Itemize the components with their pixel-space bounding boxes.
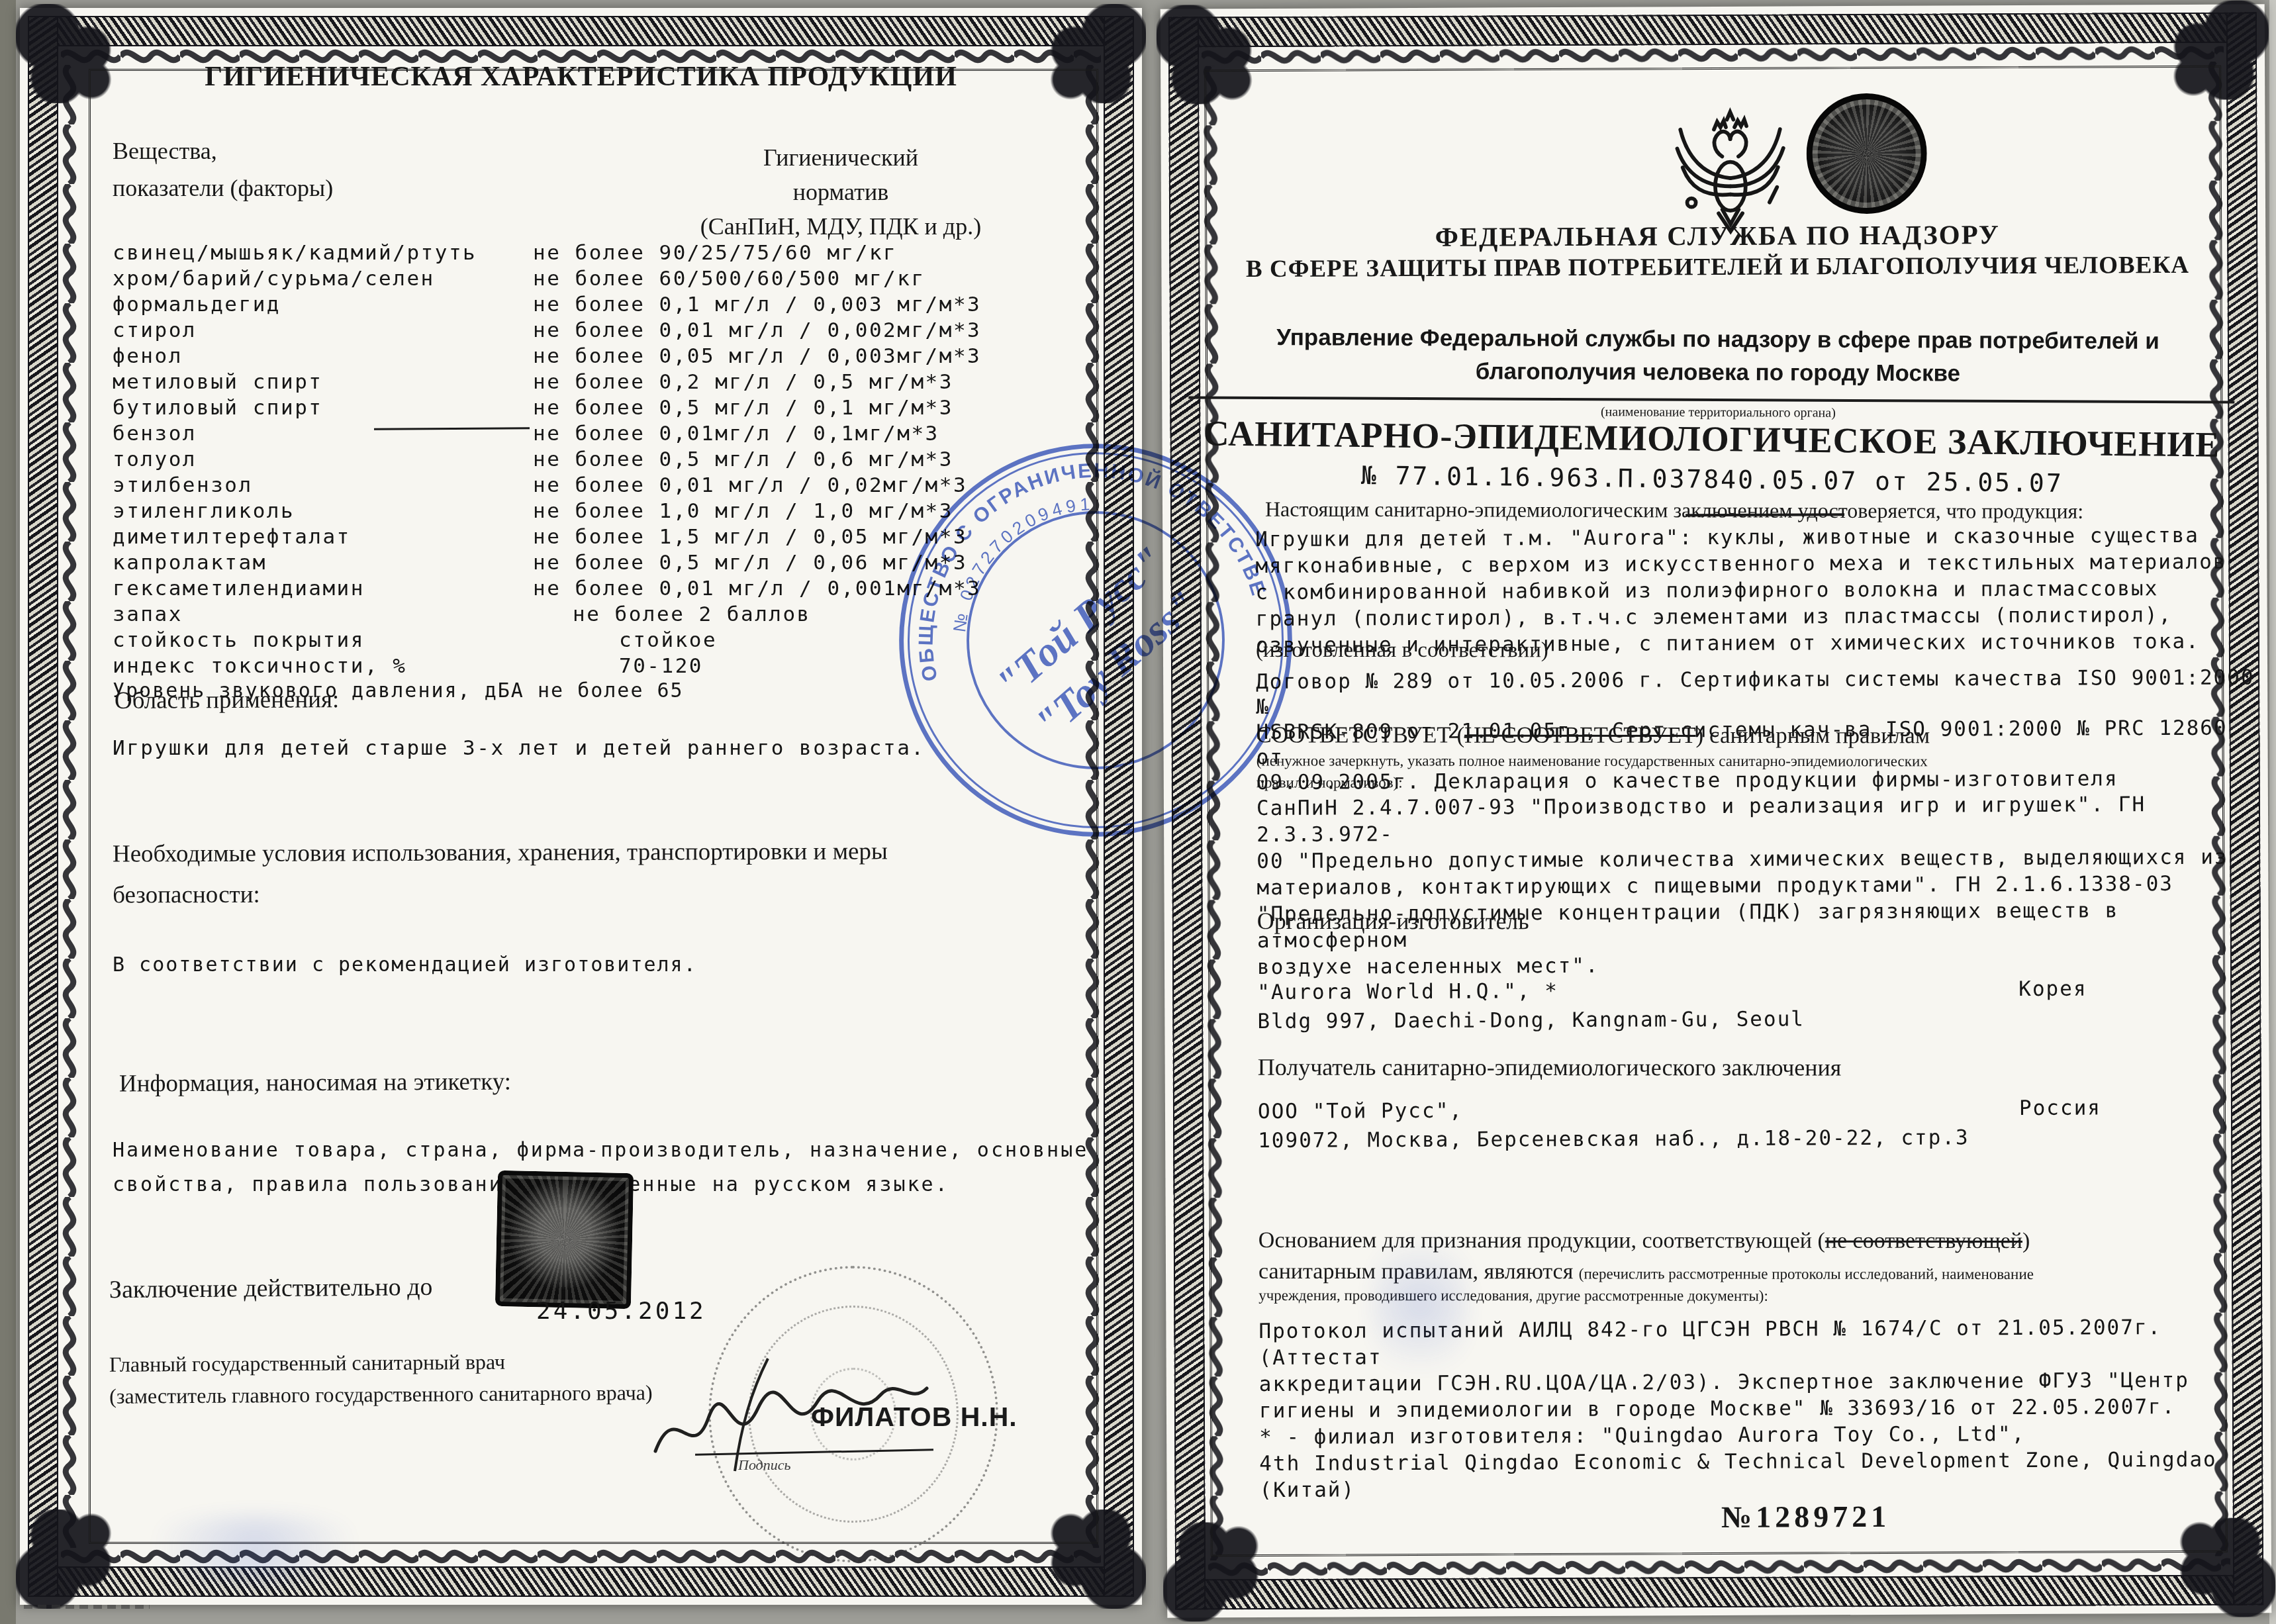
ink-residue (1370, 1218, 1470, 1390)
substance-norm: не более 0,1 мг/л / 0,003 мг/м*3 (533, 293, 981, 316)
corner-flourish (1157, 5, 1257, 105)
border-ornament-bottom (1175, 1574, 2263, 1609)
table-row: свинец/мышьяк/кадмий/ртутьне более 90/25… (20, 241, 1142, 267)
recipient-label: Получатель санитарно-эпидемиологического… (1258, 1053, 1842, 1082)
substance-name: диметилтерефталат (113, 525, 351, 549)
manufacturer-name: "Aurora World H.Q.", * (1257, 979, 1558, 1004)
regulations-text: СанПиН 2.4.7.007-93 "Производство и реал… (1257, 790, 2269, 980)
basis-caption-inline: (перечислить рассмотренные протоколы исс… (1579, 1265, 2034, 1282)
recipient-address: 109072, Москва, Берсеневская наб., д.18-… (1258, 1125, 1969, 1153)
substance-name: бутиловый спирт (113, 396, 322, 420)
table-row: бензолне более 0,01мг/л / 0,1мг/м*3 (20, 422, 1142, 448)
conditions-text: В соответствии с рекомендацией изготовит… (113, 953, 697, 977)
conforms-preprinted: СООТВЕТСТВУЕТ (НЕ СООТВЕТСТВУЕТ) санитар… (1256, 722, 1930, 749)
manufacturer-country: Корея (2018, 977, 2087, 1001)
application-text: Игрушки для детей старше 3-х лет и детей… (113, 736, 925, 760)
substance-norm: не более 60/500/60/500 мг/кг (533, 267, 925, 291)
signature-name: ФИЛАТОВ Н.Н. (811, 1402, 1018, 1433)
ink-square-stamp (495, 1170, 634, 1309)
basis-line1: Основанием для признания продукции, соот… (1258, 1228, 2030, 1254)
territorial-department: Управление Федеральной службы по надзору… (1202, 321, 2234, 392)
substance-name: свинец/мышьяк/кадмий/ртуть (113, 241, 477, 265)
scan-edge-shadow (0, 0, 16, 1624)
substance-name: бензол (113, 422, 197, 446)
substance-name: метиловый спирт (113, 370, 322, 394)
substance-norm: не более 0,01мг/л / 0,1мг/м*3 (533, 422, 939, 446)
border-ornament-top (1168, 12, 2257, 47)
document-title: САНИТАРНО-ЭПИДЕМИОЛОГИЧЕСКОЕ ЗАКЛЮЧЕНИЕ (1188, 412, 2235, 465)
document-number: № 77.01.16.963.П.037840.05.07 от 25.05.0… (1361, 461, 2063, 498)
substance-norm: не более 0,5 мг/л / 0,1 мг/м*3 (533, 396, 953, 420)
corner-flourish (2169, 0, 2269, 100)
substance-name: капролактам (113, 551, 267, 575)
substance-norm: не более 90/25/75/60 мг/кг (533, 241, 897, 265)
substance-name: хром/барий/сурьма/селен (113, 267, 435, 291)
table-row: формальдегидне более 0,1 мг/л / 0,003 мг… (20, 293, 1142, 319)
substance-name: запах (113, 602, 183, 626)
round-seal (1806, 93, 1927, 215)
scanned-certificate: { "colors":{"stamp_blue":"#3150c0","ink"… (0, 0, 2276, 1624)
substance-norm: не более 0,01 мг/л / 0,002мг/м*3 (533, 318, 981, 342)
manufacturer-label: Организация-изготовитель (1257, 907, 1529, 935)
wave-ribbon (1202, 44, 2224, 66)
substance-name: формальдегид (113, 293, 281, 316)
recipient-name: ООО "Той Русс", (1258, 1099, 1463, 1123)
corner-flourish (2176, 1517, 2276, 1617)
valid-until-date: 24.05.2012 (536, 1298, 706, 1325)
basis-struck: не соответствующей (1825, 1229, 2022, 1253)
service-name-line2: В СФЕРЕ ЗАЩИТЫ ПРАВ ПОТРЕБИТЕЛЕЙ И БЛАГО… (1181, 250, 2253, 283)
label-info-label: Информация, наносимая на этикетку: (119, 1067, 511, 1098)
service-name-line1: ФЕДЕРАЛЬНАЯ СЛУЖБА ПО НАДЗОРУ (1201, 218, 2234, 254)
valid-until-label: Заключение действительно до (109, 1272, 433, 1304)
table-row: бутиловый спиртне более 0,5 мг/л / 0,1 м… (20, 396, 1142, 422)
basis-caption-line2: учреждения, проводившего исследования, д… (1258, 1287, 1768, 1305)
table-row: хром/барий/сурьма/селенне более 60/500/6… (20, 267, 1142, 293)
substance-name: стирол (113, 318, 197, 342)
manufacturer-address: Bldg 997, Daechi-Dong, Kangnam-Gu, Seoul (1257, 1007, 1805, 1033)
substance-name: стойкость покрытия (113, 628, 365, 652)
table-row: фенолне более 0,05 мг/л / 0,003мг/м*3 (20, 344, 1142, 371)
substance-name: этиленгликоль (113, 499, 295, 523)
substance-name: толуол (113, 448, 197, 471)
substance-norm: не более 0,05 мг/л / 0,003мг/м*3 (533, 344, 981, 368)
ink-residue (113, 1516, 397, 1582)
substance-name: гексаметилендиамин (113, 577, 365, 600)
form-number: №1289721 (1591, 1498, 2021, 1535)
conforms-struck: НЕ СООТВЕТСТВУЕТ (1464, 722, 1696, 748)
substance-norm: 70-120 (619, 654, 703, 678)
substance-name: индекс токсичности, % (113, 654, 406, 678)
certify-intro: Настоящим санитарно-эпидемиологическим з… (1265, 497, 2083, 524)
substance-norm: не более 0,2 мг/л / 0,5 мг/м*3 (533, 370, 953, 394)
basis-pre: Основанием для признания продукции, соот… (1258, 1228, 1825, 1253)
signature-caption: Подпись (738, 1457, 791, 1474)
table-row: метиловый спиртне более 0,2 мг/л / 0,5 м… (20, 370, 1142, 397)
substance-name: этилбензол (113, 473, 253, 497)
wave-ribbon (1208, 1556, 2230, 1578)
application-label: Область применения: (115, 685, 340, 715)
conforms-post: ) санитарным правилам (1696, 722, 1930, 748)
substance-norm: стойкое (619, 628, 717, 652)
recipient-country: Россия (2019, 1096, 2101, 1120)
basis-post: ) (2022, 1229, 2030, 1253)
substance-norm: не более 2 баллов (573, 602, 811, 626)
table-row: стиролне более 0,01 мг/л / 0,002мг/м*3 (20, 318, 1142, 345)
corner-flourish (1163, 1522, 1263, 1622)
substance-name: фенол (113, 344, 183, 368)
document-page-right: ФЕДЕРАЛЬНАЯ СЛУЖБА ПО НАДЗОРУ В СФЕРЕ ЗА… (1161, 4, 2272, 1617)
conforms-caption: (ненужное зачеркнуть, указать полное наи… (1257, 749, 1928, 794)
substance-norm: не более 0,5 мг/л / 0,6 мг/м*3 (533, 448, 953, 471)
department-underline (1188, 397, 2234, 404)
officer-title: Главный государственный санитарный врач … (109, 1345, 653, 1412)
footer-smudge (24, 1605, 150, 1609)
